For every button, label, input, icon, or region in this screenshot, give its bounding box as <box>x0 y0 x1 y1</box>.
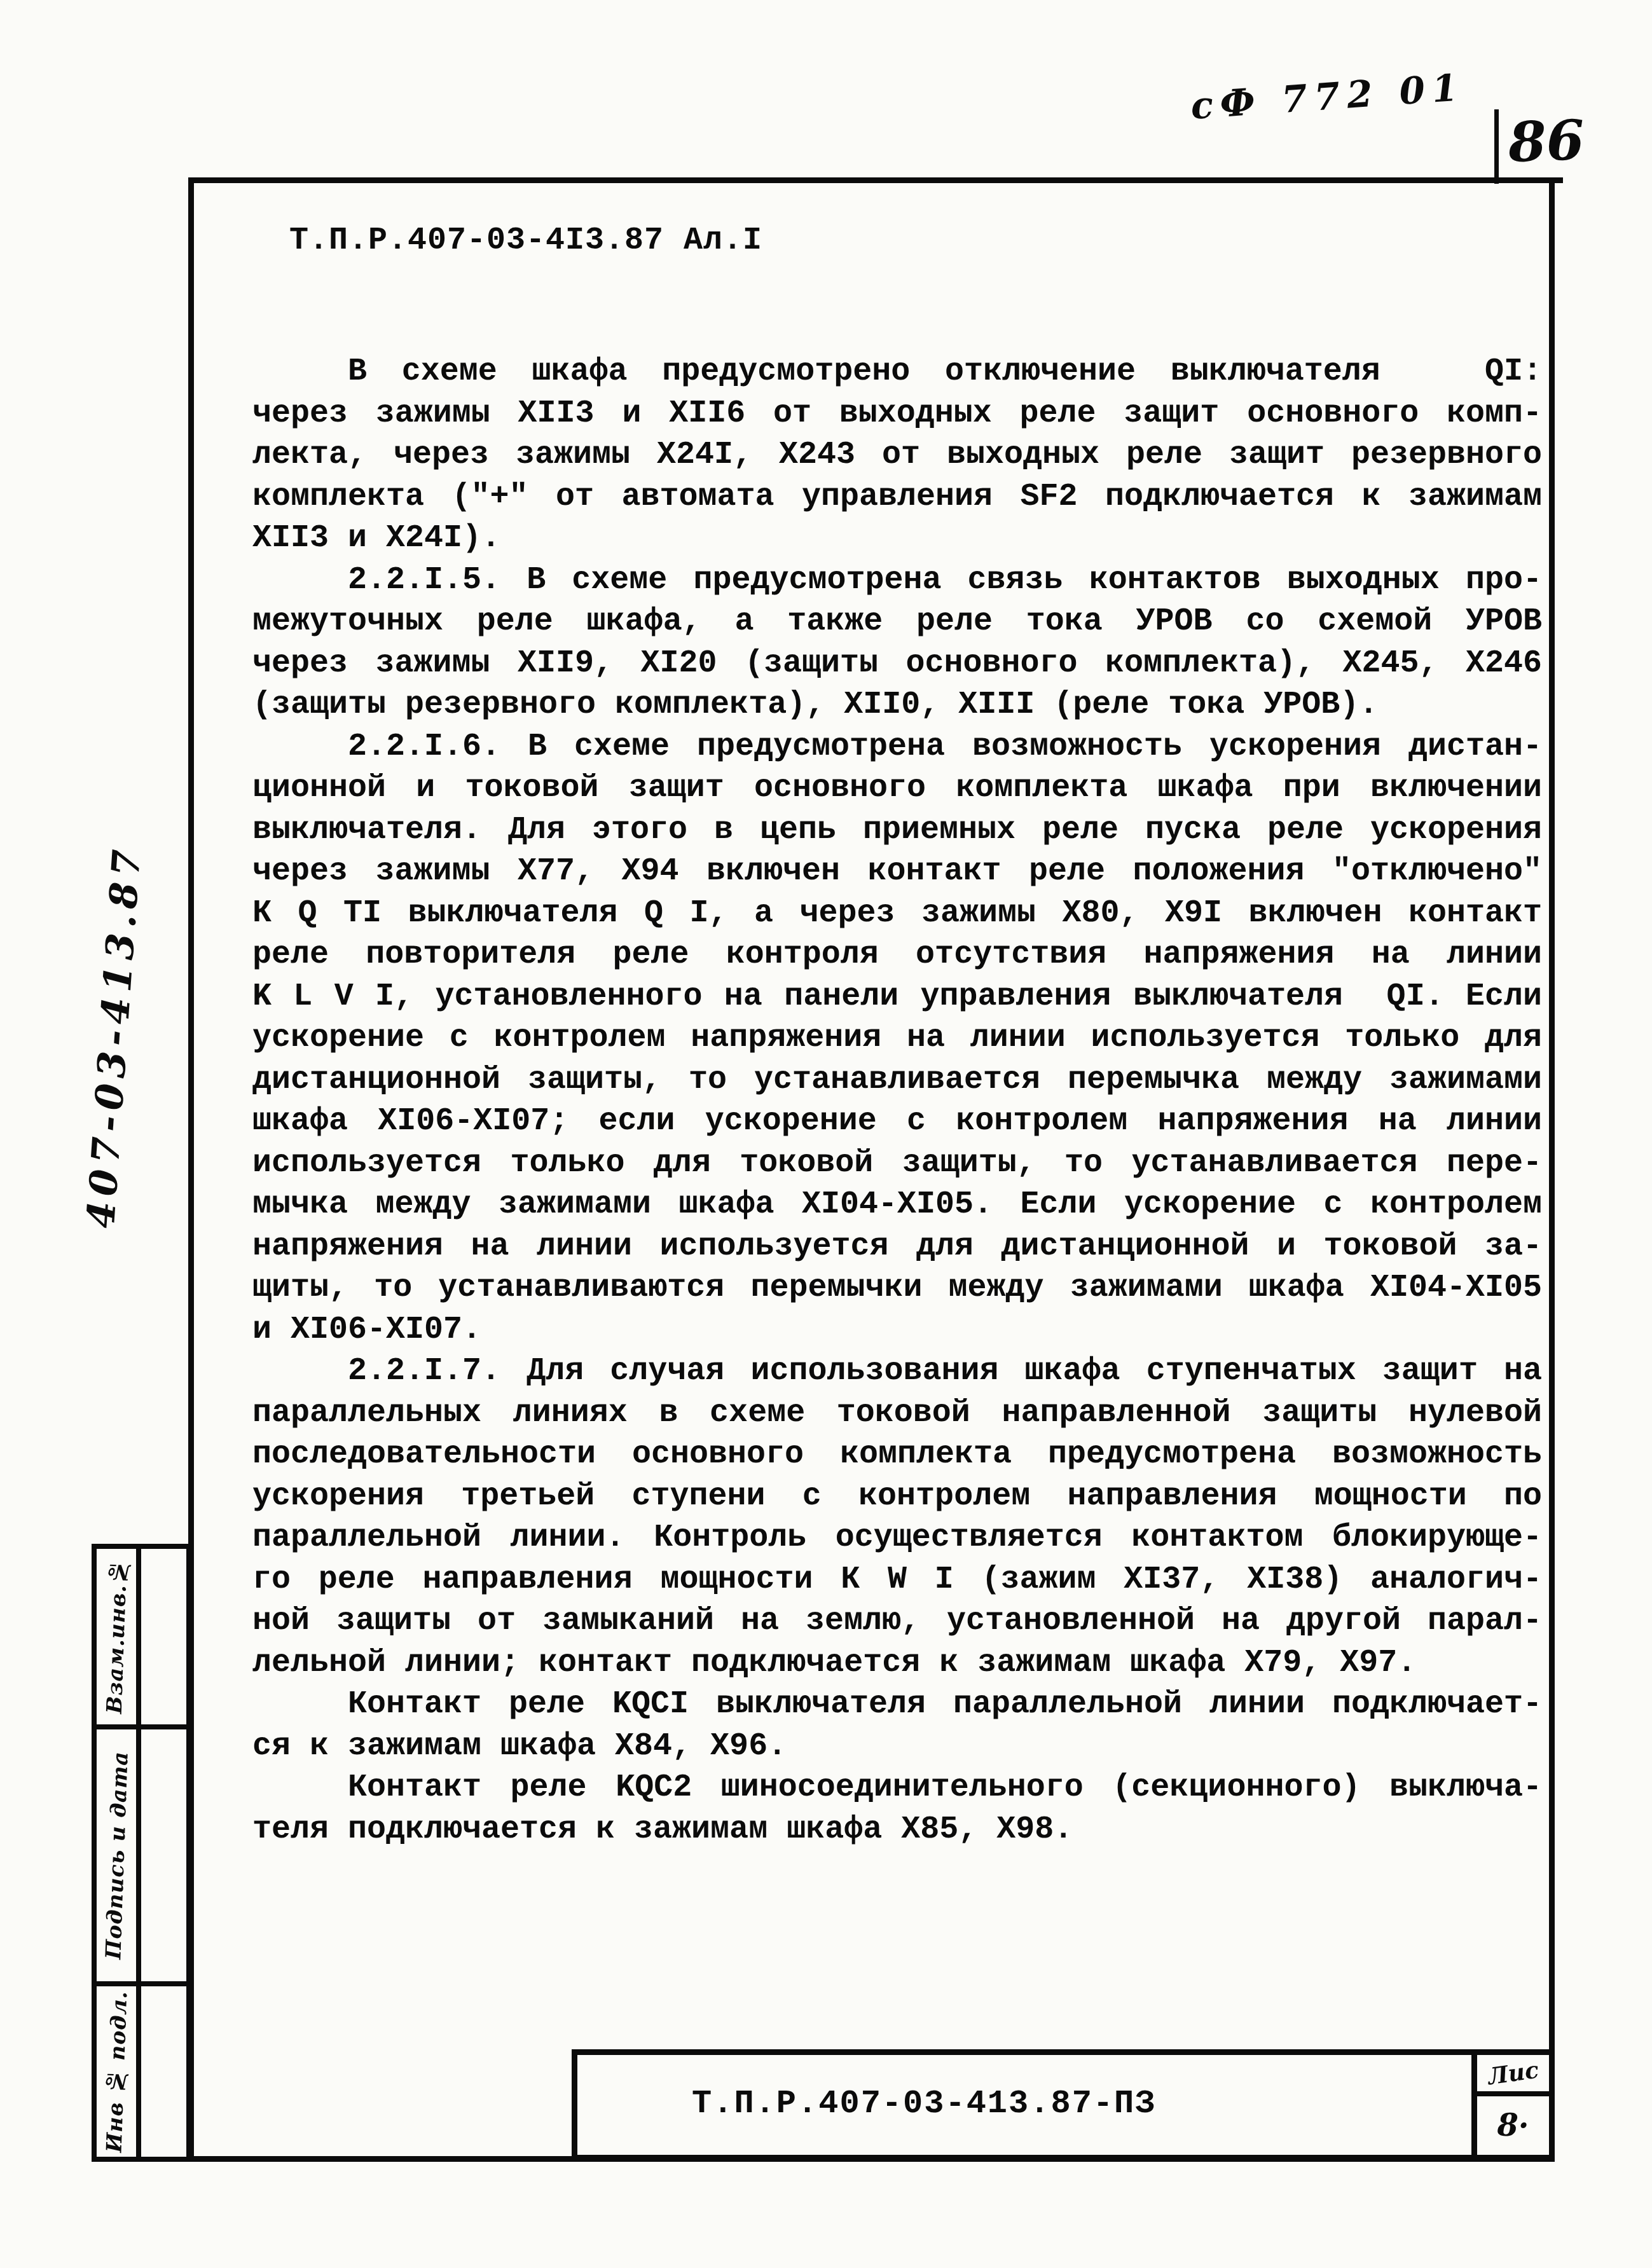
stamp-cell-vzam-inv: Взам.инв.№ <box>97 1549 141 1729</box>
text-line: реле повторителя реле контроля отсутстви… <box>252 934 1542 976</box>
stamp-cell-label: Инв № подл. <box>101 1990 132 2153</box>
text-line: комплекта ("+" от автомата управления SF… <box>252 476 1542 518</box>
stamp-code-note: сФ 772 01 <box>1189 65 1466 128</box>
text-line: ускорения третьей ступени с контролем на… <box>252 1476 1542 1518</box>
text-line: межуточных реле шкафа, а также реле тока… <box>252 601 1542 643</box>
text-line: лекта, через зажимы X24I, X243 от выходн… <box>252 434 1542 476</box>
text-line: через зажимы X77, X94 включен контакт ре… <box>252 851 1542 893</box>
text-line: XII3 и X24I). <box>252 518 1542 560</box>
text-line: теля подключается к зажимам шкафа X85, X… <box>252 1809 1542 1851</box>
stamp-cell-label: Подпись и дата <box>100 1751 132 1960</box>
text-line: 2.2.I.5. В схеме предусмотрена связь кон… <box>252 560 1542 601</box>
text-line: и XI06-XI07. <box>252 1309 1542 1351</box>
text-line: параллельных линиях в схеме токовой напр… <box>252 1392 1542 1434</box>
text-line: шкафа XI06-XI07; если ускорение с контро… <box>252 1101 1542 1143</box>
stamp-cell-inv-podl: Инв № подл. <box>97 1986 141 2157</box>
text-line: последовательности основного комплекта п… <box>252 1434 1542 1476</box>
sidebar-doc-number: 407-03-413.87 <box>76 846 153 1227</box>
text-line: используется только для токовой защиты, … <box>252 1143 1542 1185</box>
sidebar-doc-number-text: 407-03-413.87 <box>79 843 150 1230</box>
document-header: Т.П.Р.407-03-4I3.87 Ал.I <box>289 221 762 261</box>
text-line: К Q TI выключателя Q I, а через зажимы X… <box>252 893 1542 935</box>
text-line: ускорение с контролем напряжения на лини… <box>252 1017 1542 1059</box>
text-line: через зажимы XII3 и XII6 от выходных рел… <box>252 393 1542 435</box>
title-block-sheet-column: Лис 8· <box>1471 2055 1549 2155</box>
text-line: K L V I, установленного на панели управл… <box>252 976 1542 1018</box>
frame-top-extension <box>1552 177 1563 183</box>
text-line: параллельной линии. Контроль осуществляе… <box>252 1517 1542 1559</box>
text-line: дистанционной защиты, то устанавливается… <box>252 1059 1542 1101</box>
text-line: ционной и токовой защит основного компле… <box>252 767 1542 809</box>
sheet-number-cell: 8· <box>1477 2096 1549 2155</box>
text-line: ной защиты от замыканий на землю, устано… <box>252 1600 1542 1642</box>
title-block: Т.П.Р.407-03-413.87-ПЗ Лис 8· <box>572 2049 1555 2161</box>
title-block-code: Т.П.Р.407-03-413.87-ПЗ <box>692 2085 1157 2122</box>
page-number-divider <box>1494 109 1499 184</box>
text-line: мычка между зажимами шкафа XI04-XI05. Ес… <box>252 1184 1542 1226</box>
text-line: 2.2.I.6. В схеме предусмотрена возможнос… <box>252 726 1542 768</box>
text-line: лельной линии; контакт подключается к за… <box>252 1642 1542 1684</box>
body-text: В схеме шкафа предусмотрено отключение в… <box>252 351 1542 1850</box>
stamp-cell-empty <box>141 1729 186 1986</box>
text-line: 2.2.I.7. Для случая использования шкафа … <box>252 1350 1542 1392</box>
stamp-cell-empty <box>141 1549 186 1729</box>
text-line: щиты, то устанавливаются перемычки между… <box>252 1267 1542 1309</box>
stamp-cell-label: Взам.инв.№ <box>101 1559 131 1715</box>
page-number: 86 <box>1507 108 1585 175</box>
sheet-label-cell: Лис <box>1477 2055 1549 2096</box>
sheet-number: 8· <box>1497 2108 1529 2143</box>
text-line: го реле направления мощности К W I (зажи… <box>252 1559 1542 1601</box>
text-line: ся к зажимам шкафа X84, X96. <box>252 1726 1542 1768</box>
text-line: выключателя. Для этого в цепь приемных р… <box>252 809 1542 851</box>
text-line: напряжения на линии используется для дис… <box>252 1226 1542 1268</box>
sheet-label: Лис <box>1486 2056 1540 2090</box>
text-line: (защиты резервного комплекта), XII0, XII… <box>252 684 1542 726</box>
stamp-cell-podpis-data: Подпись и дата <box>97 1729 141 1986</box>
text-line: В схеме шкафа предусмотрено отключение в… <box>252 351 1542 393</box>
text-line: Контакт реле KQCI выключателя параллельн… <box>252 1684 1542 1726</box>
stamp-cell-empty <box>141 1986 186 2157</box>
text-line: Контакт реле KQC2 шиносоединительного (с… <box>252 1767 1542 1809</box>
sidebar-stamp-grid: Взам.инв.№ Подпись и дата Инв № подл. <box>92 1544 191 2162</box>
text-line: через зажимы XII9, XI20 (защиты основног… <box>252 643 1542 685</box>
